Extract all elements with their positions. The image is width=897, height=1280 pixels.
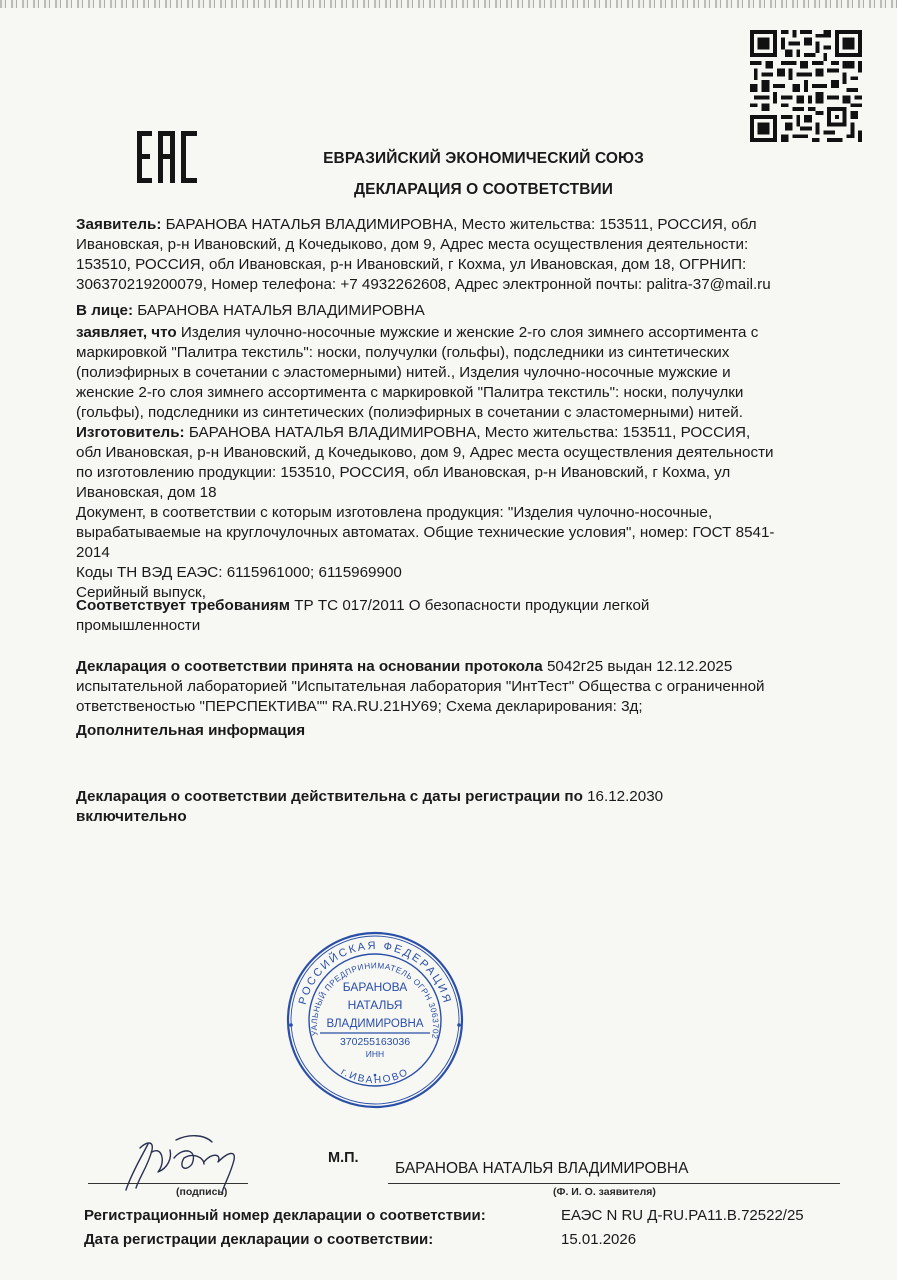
manufacturer-section: Изготовитель: БАРАНОВА НАТАЛЬЯ ВЛАДИМИРО… <box>76 423 846 503</box>
protocol-number: 5042г25 выдан 12.12.2025 <box>543 658 733 675</box>
protocol-lab-cont: ответственостью "ПЕРСПЕКТИВА"" RA.RU.21Н… <box>76 697 846 717</box>
compliance-section: Соответствует требованиям ТР ТС 017/2011… <box>76 596 846 636</box>
validity-date: 16.12.2030 <box>583 788 663 805</box>
standard-line: Документ, в соответствии с которым изгот… <box>76 503 846 523</box>
product-line: (гольфы), подследники из синтетических (… <box>76 403 846 423</box>
product-line: женские 2-го слоя зимнего ассортимента с… <box>76 383 846 403</box>
union-heading: ЕВРАЗИЙСКИЙ ЭКОНОМИЧЕСКИЙ СОЮЗ <box>35 150 897 168</box>
product-line: маркировкой "Палитра текстиль": носки, п… <box>76 343 846 363</box>
company-stamp-icon: РОССИЙСКАЯ ФЕДЕРАЦИЯ ИНДИВИДУАЛЬНЫЙ ПРЕД… <box>280 925 470 1115</box>
product-line: Изделия чулочно-носочные мужские и женск… <box>177 324 759 341</box>
compliance-regulation: ТР ТС 017/2011 О безопасности продукции … <box>290 597 649 614</box>
registration-number-label: Регистрационный номер декларации о соотв… <box>84 1207 486 1224</box>
registration-date-label: Дата регистрации декларации о соответств… <box>84 1231 433 1248</box>
registration-date-value: 15.01.2026 <box>561 1231 636 1248</box>
declares-label: заявляет, что <box>76 324 177 341</box>
applicant-section: Заявитель: БАРАНОВА НАТАЛЬЯ ВЛАДИМИРОВНА… <box>76 215 846 295</box>
standard-line: вырабатываемые на круглочулочных автомат… <box>76 523 846 543</box>
document-title: ДЕКЛАРАЦИЯ О СООТВЕТСТВИИ <box>35 181 897 199</box>
representative-label: В лице: <box>76 302 133 319</box>
applicant-line: БАРАНОВА НАТАЛЬЯ ВЛАДИМИРОВНА, Место жит… <box>161 216 756 233</box>
stamp-name-3: ВЛАДИМИРОВНА <box>326 1018 423 1030</box>
manufacturer-line: БАРАНОВА НАТАЛЬЯ ВЛАДИМИРОВНА, Место жит… <box>185 424 751 441</box>
manufacturer-line: Ивановская, дом 18 <box>76 483 846 503</box>
name-caption: (Ф. И. О. заявителя) <box>553 1186 656 1198</box>
applicant-label: Заявитель: <box>76 216 161 233</box>
applicant-line: 153510, РОССИЯ, обл Ивановская, р-н Иван… <box>76 255 846 275</box>
name-underline <box>388 1183 840 1184</box>
svg-text:г.ИВАНОВО: г.ИВАНОВО <box>339 1067 411 1087</box>
stamp-name-1: БАРАНОВА <box>343 980 407 994</box>
manufacturer-line: по изготовлению продукции: 153510, РОССИ… <box>76 463 846 483</box>
applicant-line: Ивановская, р-н Ивановский, д Кочедыково… <box>76 235 846 255</box>
standard-line: 2014 <box>76 543 846 563</box>
stamp-inn-label: ИНН <box>366 1049 384 1059</box>
representative-section: В лице: БАРАНОВА НАТАЛЬЯ ВЛАДИМИРОВНА <box>76 301 846 321</box>
registration-number-value: ЕАЭС N RU Д-RU.PA11.B.72522/25 <box>561 1207 804 1224</box>
validity-label: Декларация о соответствии действительна … <box>76 788 583 805</box>
validity-section: Декларация о соответствии действительна … <box>76 787 846 827</box>
representative-value: БАРАНОВА НАТАЛЬЯ ВЛАДИМИРОВНА <box>133 302 425 319</box>
manufacturer-label: Изготовитель: <box>76 424 185 441</box>
stamp-name-2: НАТАЛЬЯ <box>348 998 403 1012</box>
additional-info-section: Дополнительная информация <box>76 721 846 741</box>
scan-edge-artifact <box>0 0 897 8</box>
signature-caption: (подпись) <box>176 1186 227 1198</box>
protocol-lab: испытательной лабораторией "Испытательна… <box>76 677 846 697</box>
additional-info-label: Дополнительная информация <box>76 722 305 739</box>
product-description-section: заявляет, что Изделия чулочно-носочные м… <box>76 323 846 423</box>
signature-underline <box>88 1183 248 1184</box>
applicant-full-name: БАРАНОВА НАТАЛЬЯ ВЛАДИМИРОВНА <box>395 1160 688 1178</box>
stamp-inn-number: 370255163036 <box>340 1036 410 1048</box>
stamp-place-label: М.П. <box>328 1150 359 1166</box>
product-line: (полиэфирных в сочетании с эластомерными… <box>76 363 846 383</box>
standard-document-section: Документ, в соответствии с которым изгот… <box>76 503 846 603</box>
protocol-label: Декларация о соответствии принята на осн… <box>76 658 543 675</box>
protocol-section: Декларация о соответствии принята на осн… <box>76 657 846 717</box>
qr-code-icon[interactable] <box>750 30 862 142</box>
applicant-line: 306370219200079, Номер телефона: +7 4932… <box>76 275 846 295</box>
compliance-regulation-cont: промышленности <box>76 616 846 636</box>
compliance-label: Соответствует требованиям <box>76 597 290 614</box>
validity-inclusive: включительно <box>76 808 187 825</box>
manufacturer-line: обл Ивановская, р-н Ивановский, д Кочеды… <box>76 443 846 463</box>
stamp-city: г.ИВАНОВО <box>339 1067 411 1087</box>
tn-ved-codes: Коды ТН ВЭД ЕАЭС: 6115961000; 6115969900 <box>76 563 846 583</box>
